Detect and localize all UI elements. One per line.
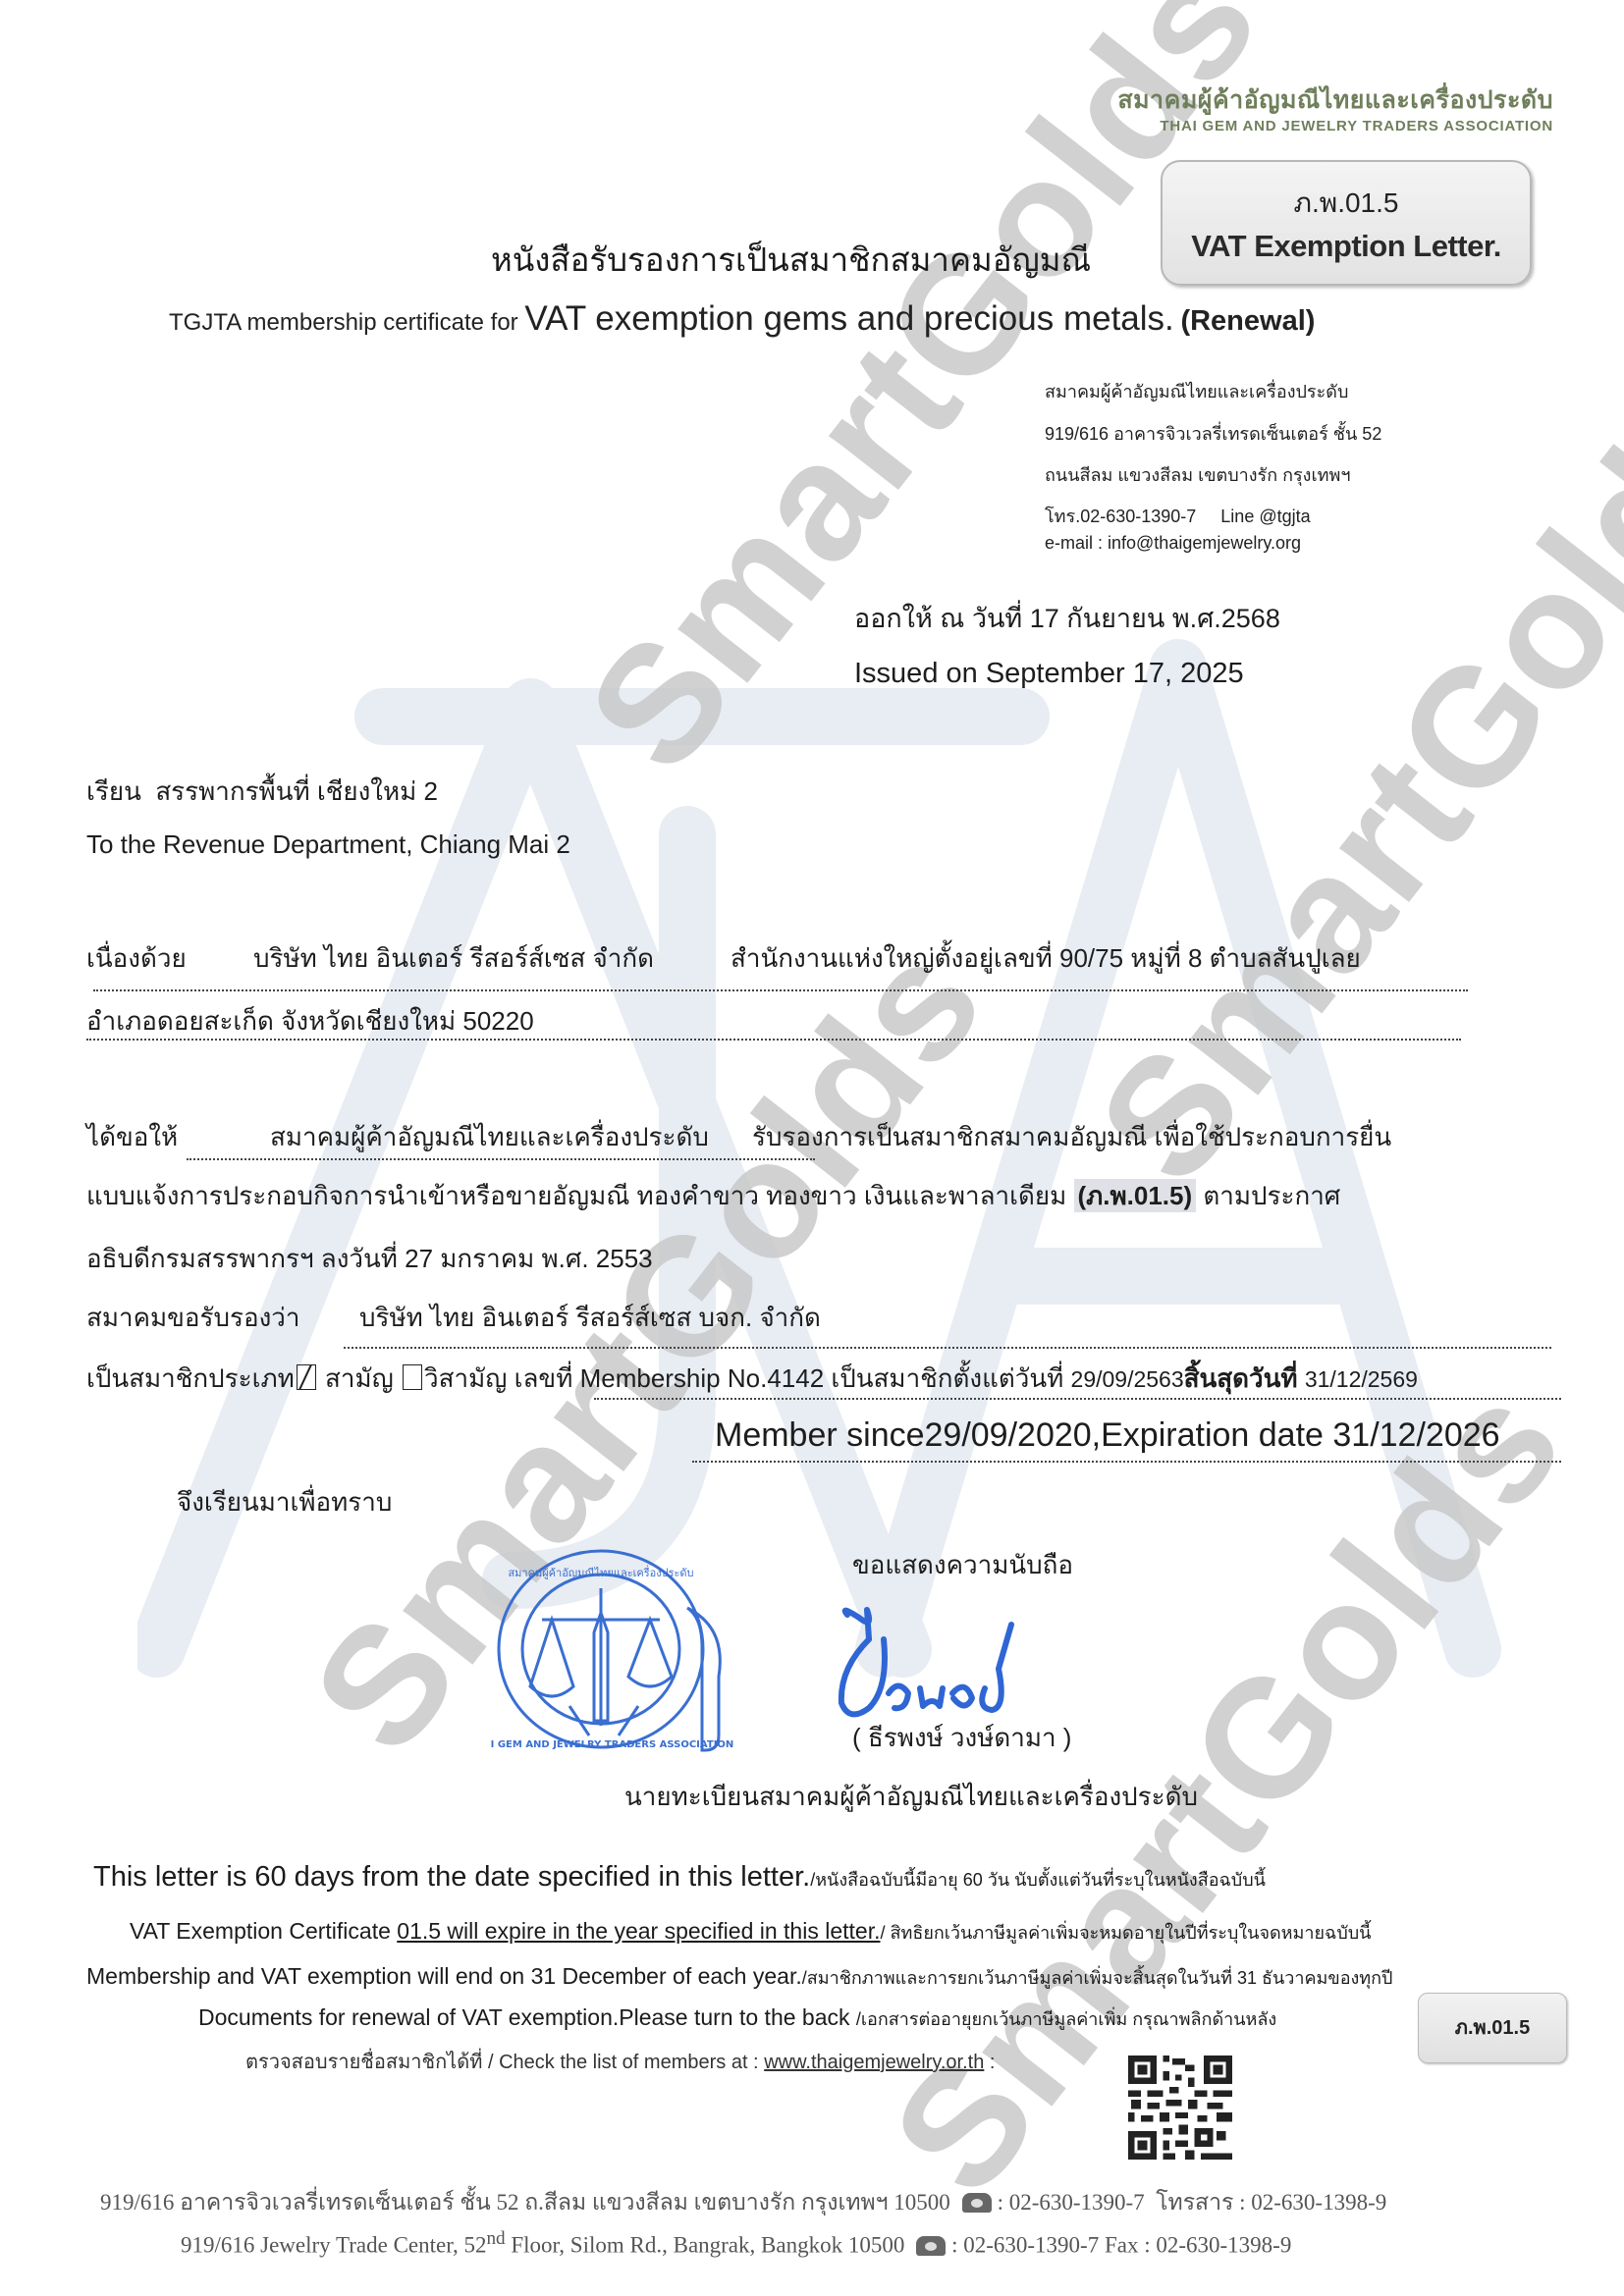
form-reference-highlight: (ภ.พ.01.5) xyxy=(1074,1179,1197,1212)
form-code: ภ.พ.01.5 xyxy=(1163,182,1530,225)
title-renewal: (Renewal) xyxy=(1180,305,1315,337)
svg-text:สมาคมผู้ค้าอัญมณีไทยและเครื่อง: สมาคมผู้ค้าอัญมณีไทยและเครื่องประดับ xyxy=(508,1565,693,1579)
signatory-name: ( ธีรพงษ์ วงษ์ดามา ) xyxy=(852,1718,1071,1758)
note-validity-th: /หนังสือฉบับนี้มีอายุ 60 วัน นับตั้งแต่ว… xyxy=(810,1870,1266,1890)
membership-type-extraordinary: วิสามัญ xyxy=(424,1363,507,1393)
note-validity: This letter is 60 days from the date spe… xyxy=(93,1861,1266,1894)
request-announcement: ตามประกาศ xyxy=(1203,1181,1340,1210)
signature xyxy=(830,1600,1114,1728)
signatory-title: นายทะเบียนสมาคมผู้ค้าอัญมณีไทยและเครื่อง… xyxy=(624,1777,1198,1817)
footer-en-address-sup: nd xyxy=(486,2228,505,2249)
note-validity-en: This letter is 60 days from the date spe… xyxy=(93,1861,810,1893)
request-line-2: แบบแจ้งการประกอบกิจการนำเข้าหรือขายอัญมณ… xyxy=(86,1176,1340,1216)
title-main: VAT exemption gems and precious metals. xyxy=(524,299,1173,338)
issued-date-english: Issued on September 17, 2025 xyxy=(854,658,1244,690)
vat-exemption-form-badge: ภ.พ.01.5 VAT Exemption Letter. xyxy=(1161,160,1532,286)
footer-thai-phone: : 02-630-1390-7 xyxy=(998,2190,1145,2215)
note-end-of-year: Membership and VAT exemption will end on… xyxy=(86,1963,1392,1992)
request-purpose: รับรองการเป็นสมาชิกสมาคมอัญมณี เพื่อใช้ป… xyxy=(752,1117,1391,1157)
sender-address-line: 919/616 อาคารจิวเวลรี่เทรดเซ็นเตอร์ ชั้น… xyxy=(1045,419,1381,448)
dotted-line xyxy=(594,1398,1561,1400)
title-prefix: TGJTA membership certificate for xyxy=(169,309,518,336)
dotted-line xyxy=(93,989,1468,991)
sender-contact-phone-line: โทร.02-630-1390-7 Line @tgjta xyxy=(1045,502,1311,530)
footer-thai-address-text: 919/616 อาคารจิวเวลรี่เทรดเซ็นเตอร์ ชั้น… xyxy=(100,2190,950,2215)
checkbox-extraordinary xyxy=(403,1364,422,1390)
footer-en-address-a: 919/616 Jewelry Trade Center, 52 xyxy=(181,2233,486,2258)
certification-company: บริษัท ไทย อินเตอร์ รีสอร์ส์เซส บจก. จำก… xyxy=(359,1298,821,1338)
footer-en-phone: : 02-630-1390-7 Fax : 02-630-1398-9 xyxy=(951,2233,1291,2258)
membership-type-ordinary: สามัญ xyxy=(325,1363,394,1393)
member-since-label: เป็นสมาชิกตั้งแต่วันที่ xyxy=(831,1363,1063,1393)
note-renewal-th: /เอกสารต่ออายุยกเว้นภาษีมูลค่าเพิ่ม กรุณ… xyxy=(856,2009,1276,2029)
issued-date-thai: ออกให้ ณ วันที่ 17 กันยายน พ.ศ.2568 xyxy=(854,597,1280,639)
request-label: ได้ขอให้ xyxy=(86,1117,178,1157)
dotted-line xyxy=(86,1039,1461,1041)
note-end-en: Membership and VAT exemption will end on… xyxy=(86,1963,802,1989)
footer-english-address: 919/616 Jewelry Trade Center, 52nd Floor… xyxy=(181,2228,1291,2259)
dotted-line xyxy=(344,1347,1551,1349)
note-expiry: VAT Exemption Certificate 01.5 will expi… xyxy=(130,1918,1371,1947)
member-check-line: ตรวจสอบรายชื่อสมาชิกได้ที่ / Check the l… xyxy=(245,2046,995,2077)
form-label: VAT Exemption Letter. xyxy=(1163,229,1530,264)
note-expiry-th: / สิทธิยกเว้นภาษีมูลค่าเพิ่มจะหมดอายุในป… xyxy=(880,1923,1371,1943)
svg-text:THAI GEM AND JEWELRY TRADERS A: THAI GEM AND JEWELRY TRADERS ASSOCIATION xyxy=(491,1739,733,1750)
membership-end-date: 31/12/2569 xyxy=(1305,1366,1418,1392)
membership-line: เป็นสมาชิกประเภท สามัญ วิสามัญ เลขที่ Me… xyxy=(86,1359,1418,1399)
member-check-suffix: : xyxy=(990,2052,996,2073)
subject-company: บริษัท ไทย อินเตอร์ รีสอร์ส์เซส จำกัด xyxy=(253,938,654,979)
member-since-date: 29/09/2563 xyxy=(1071,1366,1184,1392)
certification-label: สมาคมขอรับรองว่า xyxy=(86,1298,299,1338)
telephone-icon xyxy=(916,2236,946,2256)
recipient-label: เรียน xyxy=(86,776,141,806)
member-list-link[interactable]: www.thaigemjewelry.or.th xyxy=(764,2052,984,2073)
subject-address: อำเภอดอยสะเก็ด จังหวัดเชียงใหม่ 50220 xyxy=(86,1001,534,1041)
request-business: แบบแจ้งการประกอบกิจการนำเข้าหรือขายอัญมณ… xyxy=(86,1181,1066,1210)
recipient-english: To the Revenue Department, Chiang Mai 2 xyxy=(86,829,570,860)
membership-number: Membership No.4142 xyxy=(580,1363,825,1393)
closing-inform: จึงเรียนมาเพื่อทราบ xyxy=(177,1482,392,1522)
note-renewal: Documents for renewal of VAT exemption.P… xyxy=(198,2004,1276,2033)
membership-end-label: สิ้นสุดวันที่ xyxy=(1184,1363,1298,1393)
qr-code[interactable] xyxy=(1115,2056,1245,2160)
closing-regards: ขอแสดงความนับถือ xyxy=(852,1545,1073,1585)
telephone-icon xyxy=(962,2193,992,2213)
subject-office: สำนักงานแห่งใหญ่ตั้งอยู่เลขที่ 90/75 หมู… xyxy=(731,938,1361,979)
note-expiry-underlined: 01.5 will expire in the year specified i… xyxy=(397,1918,880,1944)
member-check-label: ตรวจสอบรายชื่อสมาชิกได้ที่ / Check the l… xyxy=(245,2052,759,2073)
association-seal-stamp: สมาคมผู้ค้าอัญมณีไทยและเครื่องประดับ THA… xyxy=(491,1539,746,1765)
subject-label: เนื่องด้วย xyxy=(86,938,187,979)
sender-email: e-mail : info@thaigemjewelry.org xyxy=(1045,533,1301,554)
note-end-th: /สมาชิกภาพและการยกเว้นภาษีมูลค่าเพิ่มจะส… xyxy=(802,1968,1393,1988)
membership-number-label: เลขที่ xyxy=(514,1363,573,1393)
footer-en-address-b: Floor, Silom Rd., Bangrak, Bangkok 10500 xyxy=(511,2233,904,2258)
dotted-line xyxy=(187,1158,815,1160)
form-badge-small: ภ.พ.01.5 xyxy=(1418,1993,1567,2063)
membership-type-label: เป็นสมาชิกประเภท xyxy=(86,1363,295,1393)
dotted-line xyxy=(692,1461,1561,1463)
association-name-thai: สมาคมผู้ค้าอัญมณีไทยและเครื่องประดับ xyxy=(1117,80,1553,120)
document-title-thai: หนังสือรับรองการเป็นสมาชิกสมาคมอัญมณี xyxy=(491,234,1091,286)
request-line-3: อธิบดีกรมสรรพากรฯ ลงวันที่ 27 มกราคม พ.ศ… xyxy=(86,1239,653,1279)
member-since-english: Member since29/09/2020,Expiration date 3… xyxy=(715,1416,1500,1455)
sender-address-line: ถนนสีลม แขวงสีลม เขตบางรัก กรุงเทพฯ xyxy=(1045,460,1350,489)
note-renewal-en: Documents for renewal of VAT exemption.P… xyxy=(198,2004,850,2030)
recipient-value: สรรพากรพื้นที่ เชียงใหม่ 2 xyxy=(155,776,438,806)
association-name-english: THAI GEM AND JEWELRY TRADERS ASSOCIATION xyxy=(1160,118,1553,134)
document-title-english: TGJTA membership certificate for VAT exe… xyxy=(169,299,1315,339)
recipient-thai: เรียน สรรพากรพื้นที่ เชียงใหม่ 2 xyxy=(86,772,438,812)
checkbox-ordinary xyxy=(297,1364,316,1390)
note-expiry-prefix: VAT Exemption Certificate xyxy=(130,1918,391,1944)
sender-address-line: สมาคมผู้ค้าอัญมณีไทยและเครื่องประดับ xyxy=(1045,377,1348,405)
request-association: สมาคมผู้ค้าอัญมณีไทยและเครื่องประดับ xyxy=(270,1117,709,1157)
footer-thai-address: 919/616 อาคารจิวเวลรี่เทรดเซ็นเตอร์ ชั้น… xyxy=(100,2185,1386,2220)
footer-thai-fax: โทรสาร : 02-630-1398-9 xyxy=(1156,2190,1386,2215)
